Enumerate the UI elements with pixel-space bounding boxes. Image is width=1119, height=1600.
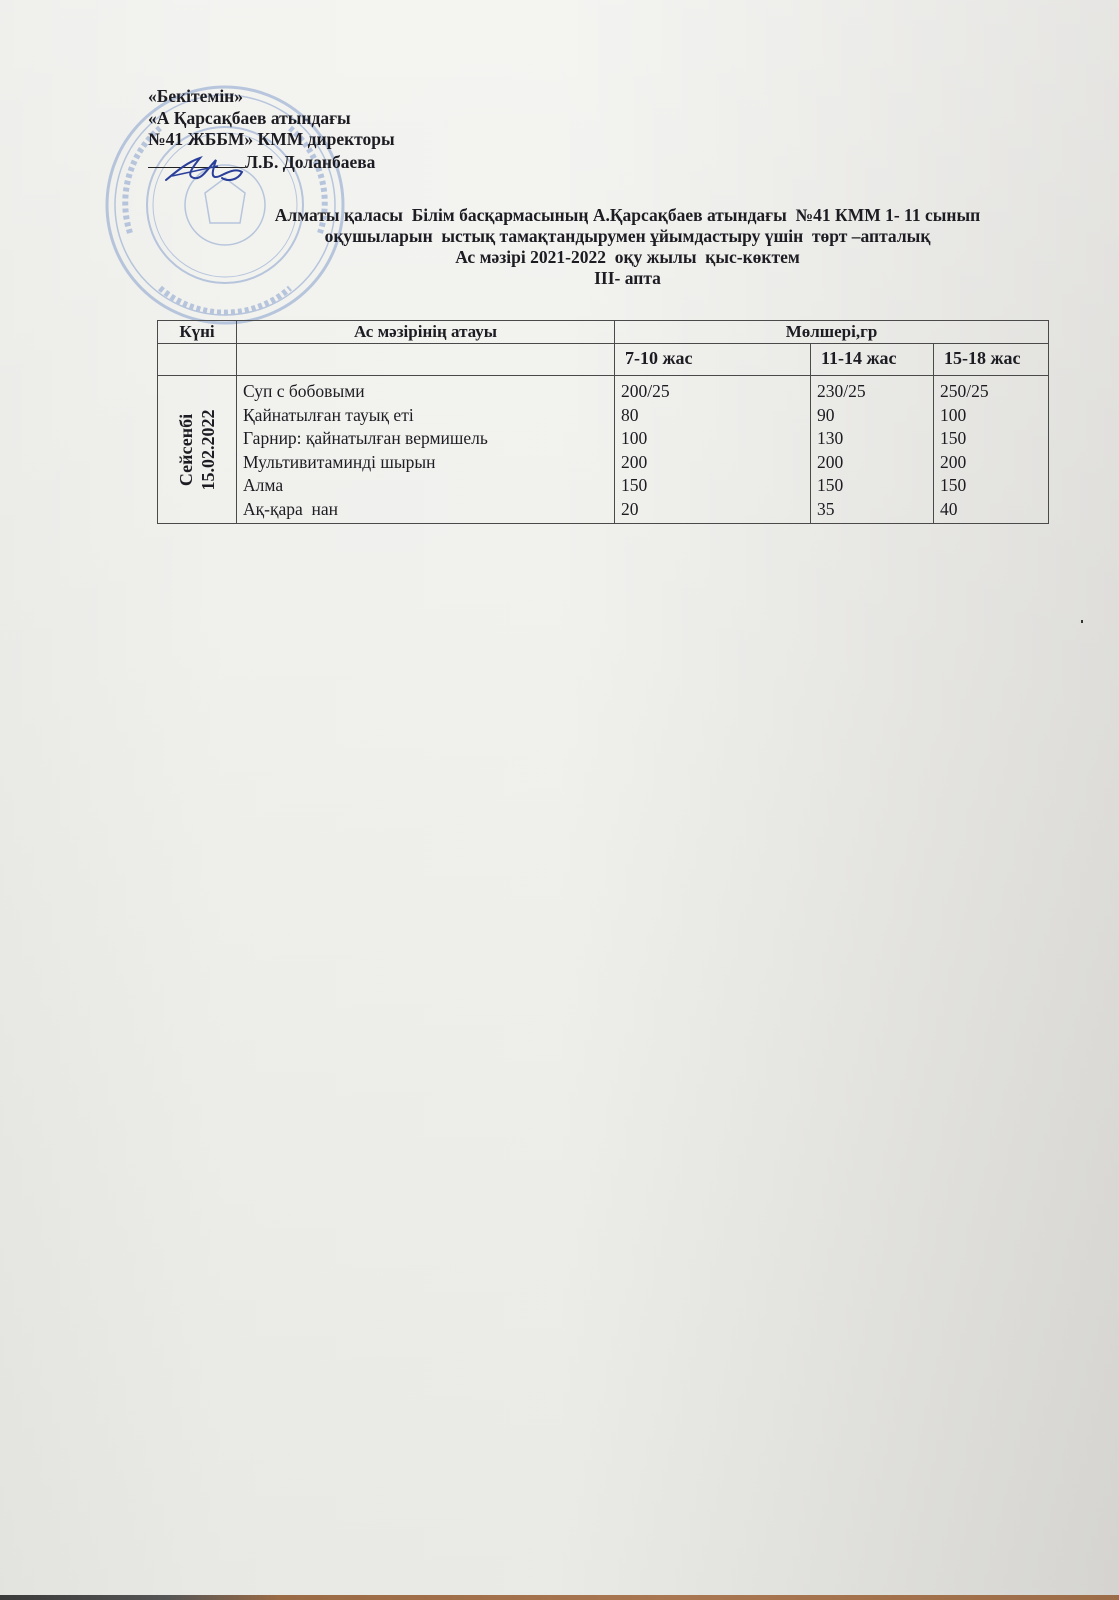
age-header-empty-1 <box>158 344 237 376</box>
amount-value: 90 <box>817 404 933 428</box>
approval-block: «Бекітемін» «А Қарсақбаев атындағы №41 Ж… <box>148 86 395 173</box>
age-header-empty-2 <box>237 344 615 376</box>
amount-value: 200 <box>817 451 933 475</box>
title-line-3: Ас мәзірі 2021-2022 оқу жылы қыс-көктем <box>150 247 1105 268</box>
amount-7-10-cell: 200/25 80 100 200 150 20 <box>615 376 811 524</box>
amount-value: 150 <box>621 474 810 498</box>
amount-value: 200 <box>940 451 1048 475</box>
amount-value: 40 <box>940 498 1048 522</box>
dish-item: Гарнир: қайнатылған вермишель <box>243 427 614 451</box>
title-line-1: Алматы қаласы Білім басқармасының А.Қарс… <box>150 205 1105 226</box>
wooden-desk-edge <box>0 1595 1119 1600</box>
day-date: 15.02.2022 <box>197 409 219 490</box>
amount-value: 150 <box>817 474 933 498</box>
approval-position: №41 ЖББМ» КММ директоры <box>148 129 395 151</box>
title-line-2: оқушыларын ыстық тамақтандырумен ұйымдас… <box>150 226 1105 247</box>
amount-value: 80 <box>621 404 810 428</box>
amount-value: 100 <box>940 404 1048 428</box>
header-age-7-10: 7-10 жас <box>615 344 811 376</box>
document-title: Алматы қаласы Білім басқармасының А.Қарс… <box>150 205 1105 289</box>
menu-table: Күні Ас мәзірінің атауы Мөлшері,гр 7-10 … <box>157 320 1049 524</box>
paper-speck <box>1081 620 1083 623</box>
header-age-11-14: 11-14 жас <box>811 344 934 376</box>
approval-signature-line: Л.Б. Доланбаева <box>148 151 395 174</box>
dish-item: Қайнатылған тауық еті <box>243 404 614 428</box>
header-amount: Мөлшері,гр <box>615 321 1049 344</box>
amount-value: 200 <box>621 451 810 475</box>
header-row: Күні Ас мәзірінің атауы Мөлшері,гр <box>158 321 1049 344</box>
table-row: Сейсенбі 15.02.2022 Суп с бобовыми Қайна… <box>158 376 1049 524</box>
amount-value: 150 <box>940 474 1048 498</box>
signature-underline <box>148 151 245 168</box>
amount-value: 150 <box>940 427 1048 451</box>
amount-11-14-cell: 230/25 90 130 200 150 35 <box>811 376 934 524</box>
day-name: Сейсенбі <box>175 409 197 490</box>
amount-value: 130 <box>817 427 933 451</box>
amount-value: 20 <box>621 498 810 522</box>
dish-item: Ақ-қара нан <box>243 498 614 522</box>
amount-value: 200/25 <box>621 380 810 404</box>
dish-item: Мультивитаминді шырын <box>243 451 614 475</box>
dish-item: Суп с бобовыми <box>243 380 614 404</box>
header-age-15-18: 15-18 жас <box>934 344 1049 376</box>
amount-15-18-cell: 250/25 100 150 200 150 40 <box>934 376 1049 524</box>
approval-school: «А Қарсақбаев атындағы <box>148 108 395 130</box>
day-cell: Сейсенбі 15.02.2022 <box>158 376 237 524</box>
dish-item: Алма <box>243 474 614 498</box>
age-header-row: 7-10 жас 11-14 жас 15-18 жас <box>158 344 1049 376</box>
header-day: Күні <box>158 321 237 344</box>
approval-title: «Бекітемін» <box>148 86 395 108</box>
approval-signatory: Л.Б. Доланбаева <box>245 152 375 172</box>
amount-value: 35 <box>817 498 933 522</box>
amount-value: 100 <box>621 427 810 451</box>
amount-value: 250/25 <box>940 380 1048 404</box>
title-line-4: ІІІ- апта <box>150 268 1105 289</box>
dishes-cell: Суп с бобовыми Қайнатылған тауық еті Гар… <box>237 376 615 524</box>
header-dish: Ас мәзірінің атауы <box>237 321 615 344</box>
amount-value: 230/25 <box>817 380 933 404</box>
